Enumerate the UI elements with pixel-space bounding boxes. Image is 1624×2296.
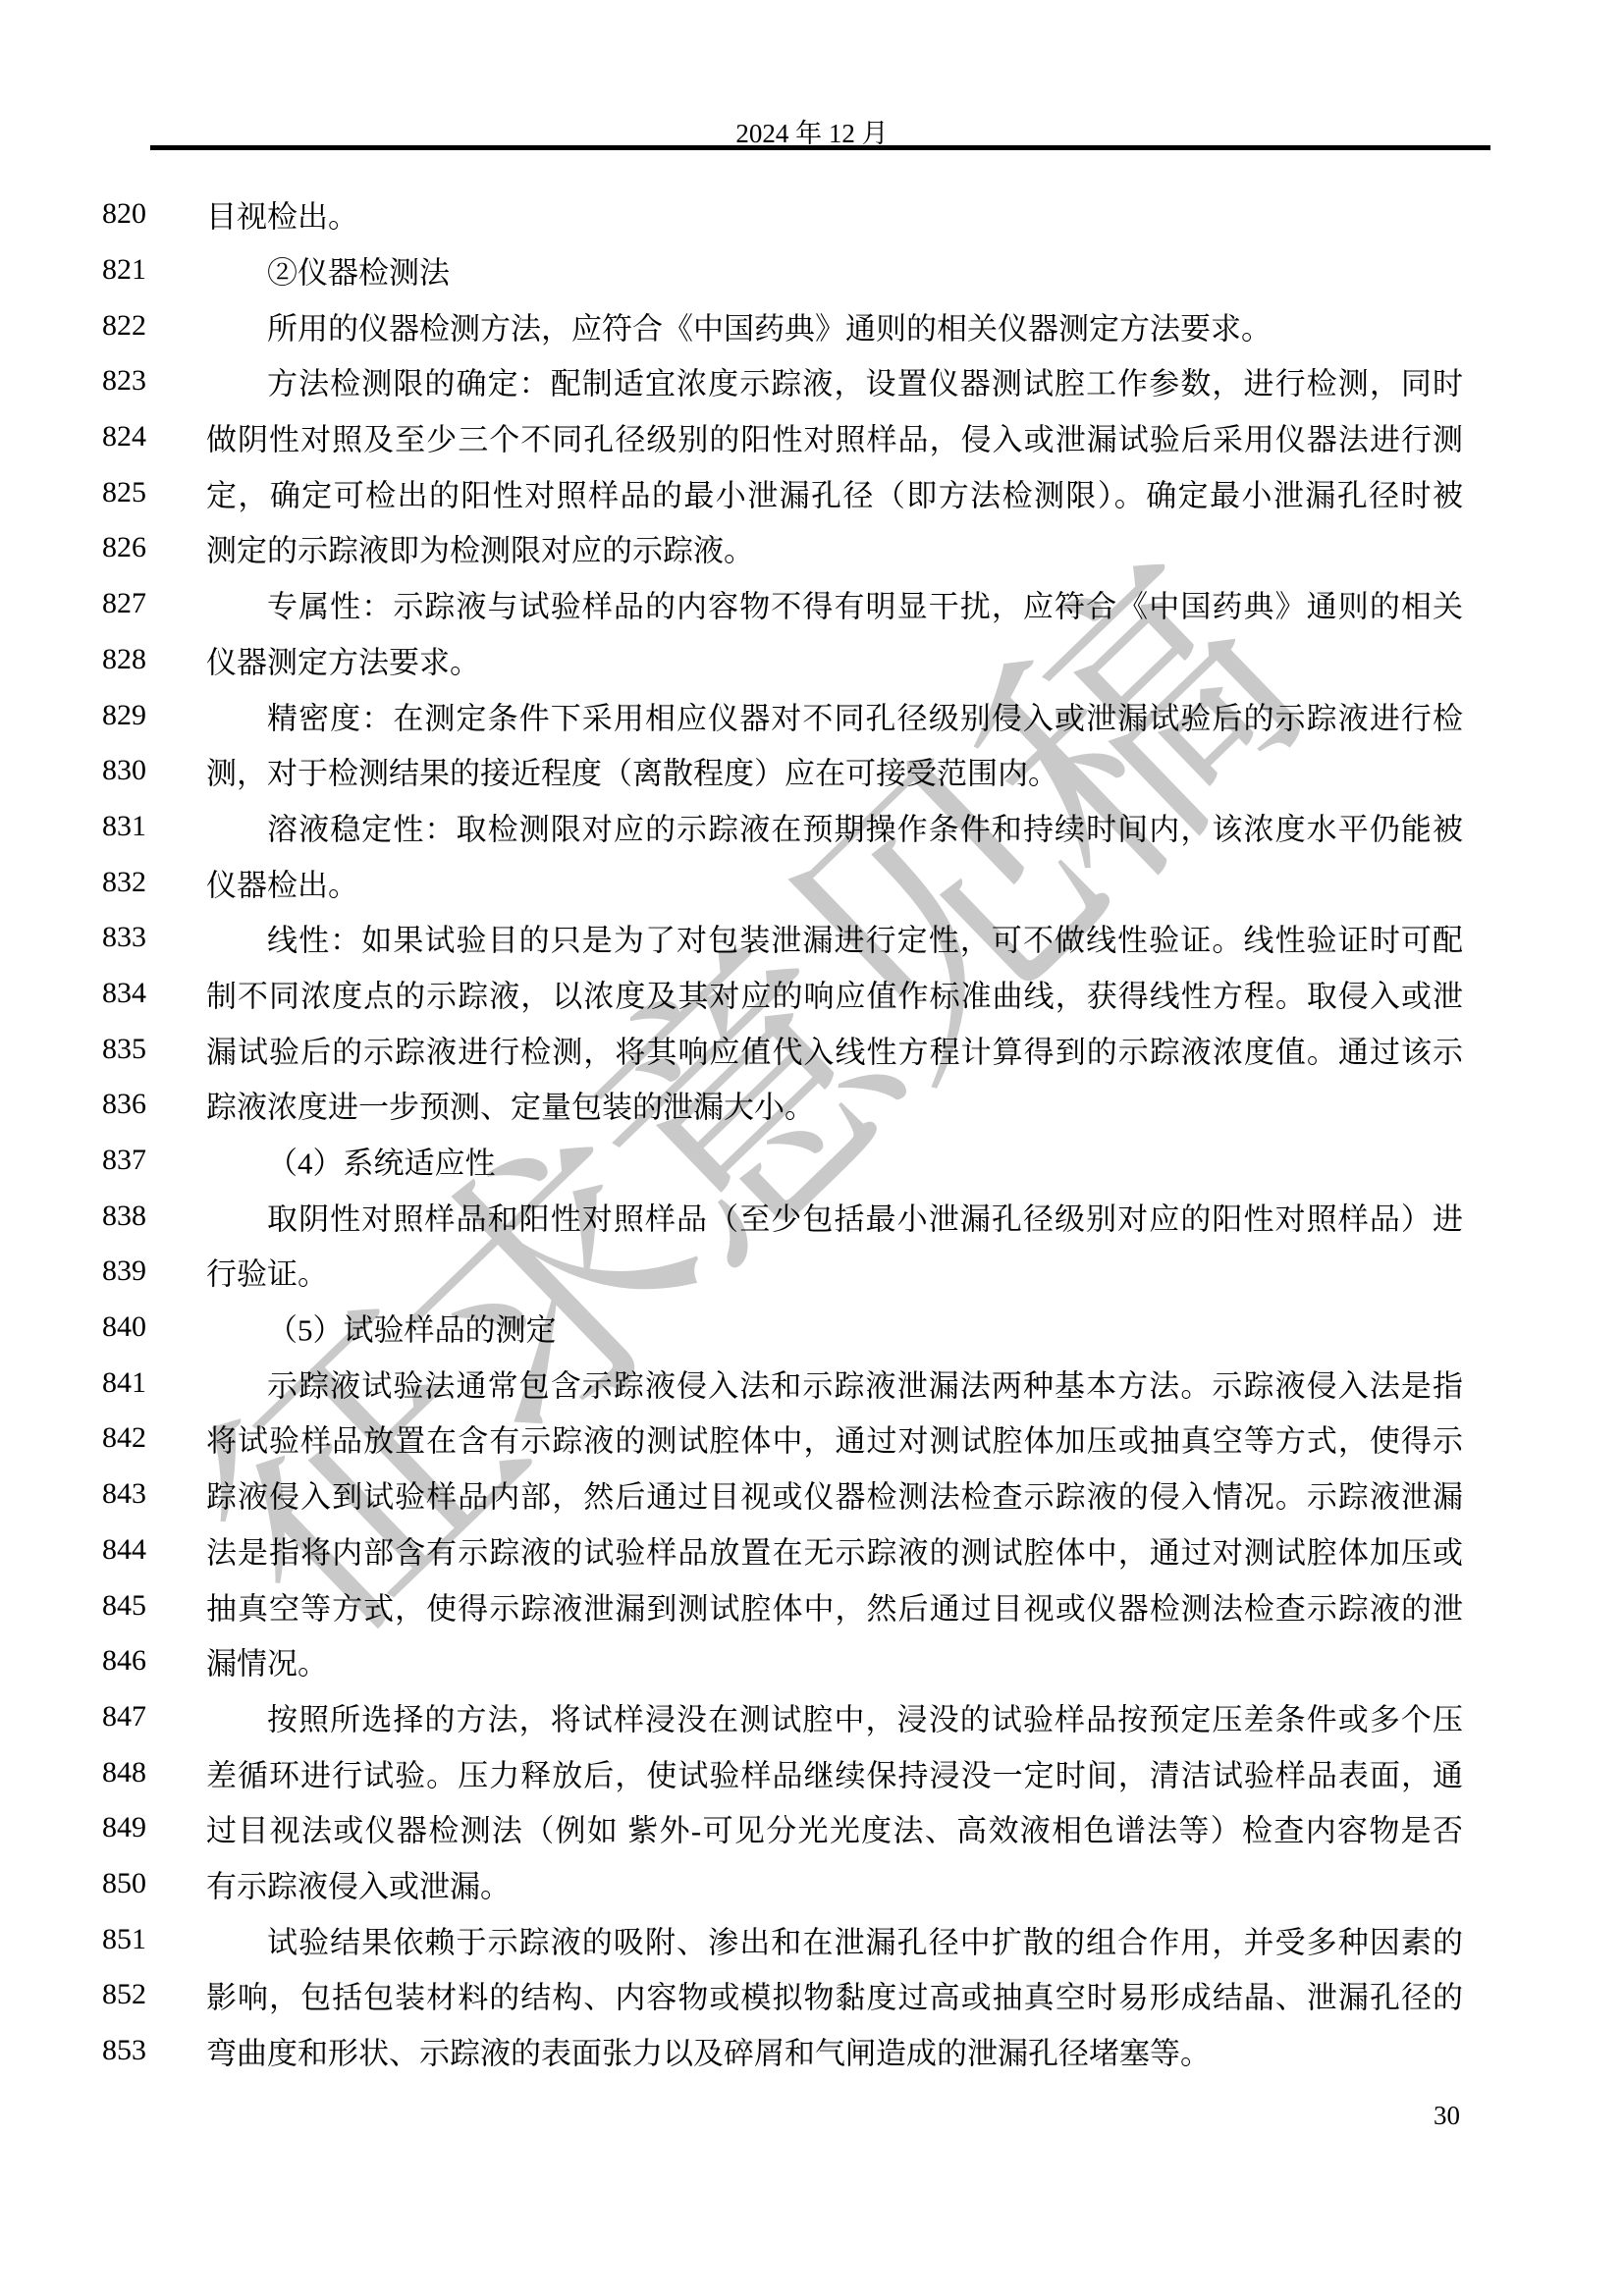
document-line: 832仪器检出。 <box>0 854 1624 910</box>
document-line: 851试验结果依赖于示踪液的吸附、渗出和在泄漏孔径中扩散的组合作用，并受多种因素… <box>0 1911 1624 1967</box>
line-text: 差循环进行试验。压力释放后，使试验样品继续保持浸没一定时间，清洁试验样品表面，通 <box>206 1750 1463 1794</box>
line-number: 852 <box>102 1978 146 2011</box>
document-page: 征求意见稿 2024 年 12 月 820目视检出。821②仪器检测法822所用… <box>0 0 1624 2296</box>
line-text: 方法检测限的确定：配制适宜浓度示踪液，设置仪器测试腔工作参数，进行检测，同时 <box>206 359 1463 403</box>
line-number: 848 <box>102 1756 146 1789</box>
line-text: ②仪器检测法 <box>206 248 1463 293</box>
line-text: 踪液侵入到试验样品内部，然后通过目视或仪器检测法检查示踪液的侵入情况。示踪液泄漏 <box>206 1472 1463 1517</box>
document-line: 820目视检出。 <box>0 187 1624 242</box>
document-line: 839行验证。 <box>0 1244 1624 1300</box>
document-line: 830测，对于检测结果的接近程度（离散程度）应在可接受范围内。 <box>0 743 1624 799</box>
document-line: 846漏情况。 <box>0 1633 1624 1689</box>
line-text: 法是指将内部含有示踪液的试验样品放置在无示踪液的测试腔体中，通过对测试腔体加压或 <box>206 1527 1463 1572</box>
document-line: 847按照所选择的方法，将试样浸没在测试腔中，浸没的试验样品按预定压差条件或多个… <box>0 1689 1624 1745</box>
document-line: 829精密度：在测定条件下采用相应仪器对不同孔径级别侵入或泄漏试验后的示踪液进行… <box>0 687 1624 743</box>
document-line: 849过目视法或仪器检测法（例如 紫外-可见分光光度法、高效液相色谱法等）检查内… <box>0 1800 1624 1856</box>
line-number: 845 <box>102 1589 146 1623</box>
line-text: 按照所选择的方法，将试样浸没在测试腔中，浸没的试验样品按预定压差条件或多个压 <box>206 1694 1463 1738</box>
line-text: 精密度：在测定条件下采用相应仪器对不同孔径级别侵入或泄漏试验后的示踪液进行检 <box>206 693 1463 737</box>
document-line: 823方法检测限的确定：配制适宜浓度示踪液，设置仪器测试腔工作参数，进行检测，同… <box>0 353 1624 409</box>
line-text: 目视检出。 <box>206 192 1463 237</box>
line-number: 826 <box>102 531 146 564</box>
line-text: 测，对于检测结果的接近程度（离散程度）应在可接受范围内。 <box>206 749 1463 793</box>
line-number: 844 <box>102 1533 146 1567</box>
line-number: 834 <box>102 977 146 1010</box>
line-text: 制不同浓度点的示踪液，以浓度及其对应的响应值作标准曲线，获得线性方程。取侵入或泄 <box>206 971 1463 1015</box>
line-text: 示踪液试验法通常包含示踪液侵入法和示踪液泄漏法两种基本方法。示踪液侵入法是指 <box>206 1361 1463 1405</box>
line-number: 827 <box>102 587 146 620</box>
line-number: 831 <box>102 810 146 843</box>
document-line: 845抽真空等方式，使得示踪液泄漏到测试腔体中，然后通过目视或仪器检测法检查示踪… <box>0 1577 1624 1633</box>
line-text: 仪器检出。 <box>206 860 1463 904</box>
line-number: 820 <box>102 197 146 231</box>
document-line: 834制不同浓度点的示踪液，以浓度及其对应的响应值作标准曲线，获得线性方程。取侵… <box>0 966 1624 1022</box>
line-number: 833 <box>102 921 146 954</box>
document-line: 831溶液稳定性：取检测限对应的示踪液在预期操作条件和持续时间内，该浓度水平仍能… <box>0 799 1624 855</box>
document-lines: 820目视检出。821②仪器检测法822所用的仪器检测方法，应符合《中国药典》通… <box>0 187 1624 2078</box>
line-number: 830 <box>102 754 146 787</box>
line-number: 835 <box>102 1033 146 1066</box>
document-line: 826测定的示踪液即为检测限对应的示踪液。 <box>0 520 1624 576</box>
line-number: 847 <box>102 1700 146 1734</box>
document-line: 836踪液浓度进一步预测、定量包装的泄漏大小。 <box>0 1077 1624 1133</box>
line-number: 838 <box>102 1200 146 1233</box>
line-number: 832 <box>102 866 146 899</box>
line-number: 841 <box>102 1366 146 1400</box>
line-text: 影响，包括包装材料的结构、内容物或模拟物黏度过高或抽真空时易形成结晶、泄漏孔径的 <box>206 1973 1463 2017</box>
page-number: 30 <box>1434 2101 1460 2131</box>
document-line: 852影响，包括包装材料的结构、内容物或模拟物黏度过高或抽真空时易形成结晶、泄漏… <box>0 1967 1624 2023</box>
line-text: 溶液稳定性：取检测限对应的示踪液在预期操作条件和持续时间内，该浓度水平仍能被 <box>206 804 1463 848</box>
document-line: 828仪器测定方法要求。 <box>0 632 1624 688</box>
line-text: 专属性：示踪液与试验样品的内容物不得有明显干扰，应符合《中国药典》通则的相关 <box>206 582 1463 626</box>
line-text: 做阴性对照及至少三个不同孔径级别的阳性对照样品，侵入或泄漏试验后采用仪器法进行测 <box>206 415 1463 459</box>
line-text: （5）试验样品的测定 <box>206 1306 1463 1350</box>
line-text: 踪液浓度进一步预测、定量包装的泄漏大小。 <box>206 1083 1463 1127</box>
line-text: 测定的示踪液即为检测限对应的示踪液。 <box>206 526 1463 570</box>
line-number: 851 <box>102 1923 146 1956</box>
line-text: 定，确定可检出的阳性对照样品的最小泄漏孔径（即方法检测限）。确定最小泄漏孔径时被 <box>206 470 1463 514</box>
document-line: 843踪液侵入到试验样品内部，然后通过目视或仪器检测法检查示踪液的侵入情况。示踪… <box>0 1467 1624 1522</box>
line-number: 828 <box>102 643 146 676</box>
line-text: 漏试验后的示踪液进行检测，将其响应值代入线性方程计算得到的示踪液浓度值。通过该示 <box>206 1027 1463 1071</box>
document-line: 827专属性：示踪液与试验样品的内容物不得有明显干扰，应符合《中国药典》通则的相… <box>0 576 1624 632</box>
line-text: 所用的仪器检测方法，应符合《中国药典》通则的相关仪器测定方法要求。 <box>206 303 1463 347</box>
line-number: 836 <box>102 1088 146 1121</box>
document-line: 824做阴性对照及至少三个不同孔径级别的阳性对照样品，侵入或泄漏试验后采用仪器法… <box>0 409 1624 465</box>
document-line: 825定，确定可检出的阳性对照样品的最小泄漏孔径（即方法检测限）。确定最小泄漏孔… <box>0 464 1624 520</box>
document-line: 844法是指将内部含有示踪液的试验样品放置在无示踪液的测试腔体中，通过对测试腔体… <box>0 1522 1624 1578</box>
line-text: 抽真空等方式，使得示踪液泄漏到测试腔体中，然后通过目视或仪器检测法检查示踪液的泄 <box>206 1583 1463 1628</box>
line-number: 829 <box>102 699 146 732</box>
document-line: 850有示踪液侵入或泄漏。 <box>0 1856 1624 1912</box>
line-number: 821 <box>102 253 146 287</box>
line-text: （4）系统适应性 <box>206 1139 1463 1183</box>
document-line: 833线性：如果试验目的只是为了对包装泄漏进行定性，可不做线性验证。线性验证时可… <box>0 910 1624 966</box>
line-number: 822 <box>102 309 146 343</box>
line-number: 849 <box>102 1811 146 1844</box>
document-line: 853弯曲度和形状、示踪液的表面张力以及碎屑和气闸造成的泄漏孔径堵塞等。 <box>0 2023 1624 2079</box>
header-rule <box>150 145 1490 150</box>
line-number: 846 <box>102 1644 146 1678</box>
line-text: 仪器测定方法要求。 <box>206 637 1463 681</box>
line-text: 有示踪液侵入或泄漏。 <box>206 1861 1463 1905</box>
document-line: 840（5）试验样品的测定 <box>0 1300 1624 1356</box>
document-line: 841示踪液试验法通常包含示踪液侵入法和示踪液泄漏法两种基本方法。示踪液侵入法是… <box>0 1355 1624 1411</box>
line-number: 837 <box>102 1144 146 1177</box>
line-text: 线性：如果试验目的只是为了对包装泄漏进行定性，可不做线性验证。线性验证时可配 <box>206 916 1463 960</box>
line-text: 弯曲度和形状、示踪液的表面张力以及碎屑和气闸造成的泄漏孔径堵塞等。 <box>206 2029 1463 2073</box>
line-number: 825 <box>102 476 146 509</box>
line-text: 漏情况。 <box>206 1639 1463 1683</box>
line-text: 试验结果依赖于示踪液的吸附、渗出和在泄漏孔径中扩散的组合作用，并受多种因素的 <box>206 1917 1463 1961</box>
line-number: 853 <box>102 2034 146 2067</box>
line-number: 840 <box>102 1310 146 1344</box>
line-number: 824 <box>102 420 146 454</box>
document-line: 848差循环进行试验。压力释放后，使试验样品继续保持浸没一定时间，清洁试验样品表… <box>0 1744 1624 1800</box>
document-line: 842将试验样品放置在含有示踪液的测试腔体中，通过对测试腔体加压或抽真空等方式，… <box>0 1411 1624 1467</box>
document-line: 822所用的仪器检测方法，应符合《中国药典》通则的相关仪器测定方法要求。 <box>0 297 1624 353</box>
line-number: 823 <box>102 364 146 398</box>
line-number: 842 <box>102 1421 146 1455</box>
line-text: 过目视法或仪器检测法（例如 紫外-可见分光光度法、高效液相色谱法等）检查内容物是… <box>206 1806 1463 1850</box>
line-number: 843 <box>102 1477 146 1511</box>
document-line: 835漏试验后的示踪液进行检测，将其响应值代入线性方程计算得到的示踪液浓度值。通… <box>0 1021 1624 1077</box>
line-text: 将试验样品放置在含有示踪液的测试腔体中，通过对测试腔体加压或抽真空等方式，使得示 <box>206 1416 1463 1461</box>
line-number: 839 <box>102 1255 146 1288</box>
line-text: 行验证。 <box>206 1250 1463 1294</box>
document-line: 837（4）系统适应性 <box>0 1133 1624 1189</box>
document-line: 838取阴性对照样品和阳性对照样品（至少包括最小泄漏孔径级别对应的阳性对照样品）… <box>0 1188 1624 1244</box>
line-number: 850 <box>102 1867 146 1900</box>
document-line: 821②仪器检测法 <box>0 242 1624 298</box>
line-text: 取阴性对照样品和阳性对照样品（至少包括最小泄漏孔径级别对应的阳性对照样品）进 <box>206 1194 1463 1238</box>
